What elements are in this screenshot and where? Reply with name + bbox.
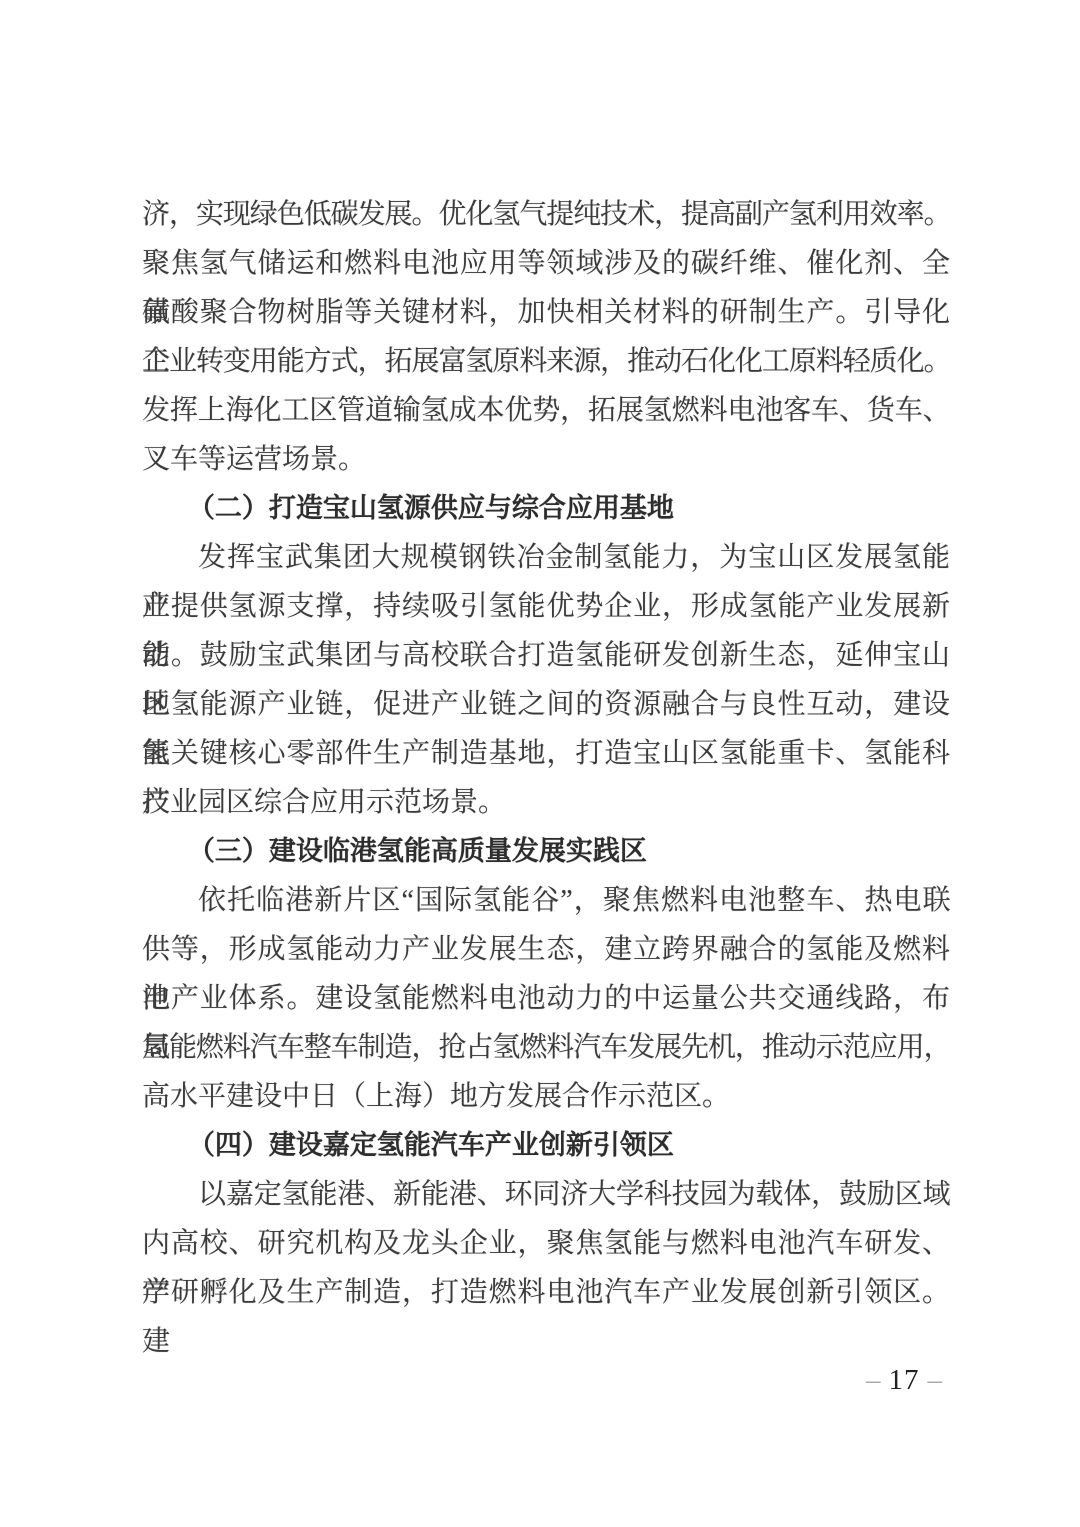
body-text-line: 能关键核心零部件生产制造基地，打造宝山区氢能重卡、氢能科技 [142,729,950,778]
body-text-line: 聚焦氢气储运和燃料电池应用等领域涉及的碳纤维、催化剂、全氟 [142,239,950,288]
body-text-line: 企业转变用能方式，拓展富氢原料来源，推动石化化工原料轻质化。 [142,337,950,386]
document-page: 济，实现绿色低碳发展。优化氢气提纯技术，提高副产氢利用效率。 聚焦氢气储运和燃料… [0,0,1080,1527]
body-text-line: 产业园区综合应用示范场景。 [142,778,950,827]
body-text-line: 学研孵化及生产制造，打造燃料电池汽车产业发展创新引领区。建 [142,1268,950,1317]
body-text-line: 济，实现绿色低碳发展。优化氢气提纯技术，提高副产氢利用效率。 [142,190,950,239]
body-text-line: 氢能燃料汽车整车制造，抢占氢燃料汽车发展先机，推动示范应用， [142,1023,950,1072]
body-text-line: 供等，形成氢能动力产业发展生态，建立跨界融合的氢能及燃料电 [142,925,950,974]
body-text-line: 以嘉定氢能港、新能港、环同济大学科技园为载体，鼓励区域 [142,1170,950,1219]
body-text-line: 业提供氢源支撑，持续吸引氢能优势企业，形成氢能产业发展新动 [142,582,950,631]
body-text-line: 高水平建设中日（上海）地方发展合作示范区。 [142,1072,950,1121]
section-heading-3: （三）建设临港氢能高质量发展实践区 [142,827,950,876]
body-text-line: 依托临港新片区“国际氢能谷”，聚焦燃料电池整车、热电联 [142,876,950,925]
page-number-value: 17 [889,1364,920,1396]
body-text-line: 池产业体系。建设氢能燃料电池动力的中运量公共交通线路，布局 [142,974,950,1023]
body-text-line: 区氢能源产业链，促进产业链之间的资源融合与良性互动，建设氢 [142,680,950,729]
page-number-dash-right: – [928,1364,943,1396]
body-text-line: 叉车等运营场景。 [142,435,950,484]
page-number: –17– [858,1360,950,1400]
body-text-line: 内高校、研究机构及龙头企业，聚焦氢能与燃料电池汽车研发、产 [142,1219,950,1268]
page-number-dash-left: – [866,1364,881,1396]
body-text-line: 磺酸聚合物树脂等关键材料，加快相关材料的研制生产。引导化工 [142,288,950,337]
document-body: 济，实现绿色低碳发展。优化氢气提纯技术，提高副产氢利用效率。 聚焦氢气储运和燃料… [142,190,950,1317]
body-text-line: 发挥宝武集团大规模钢铁冶金制氢能力，为宝山区发展氢能产 [142,533,950,582]
body-text-line: 能。鼓励宝武集团与高校联合打造氢能研发创新生态，延伸宝山地 [142,631,950,680]
section-heading-2: （二）打造宝山氢源供应与综合应用基地 [142,484,950,533]
body-text-line: 发挥上海化工区管道输氢成本优势，拓展氢燃料电池客车、货车、 [142,386,950,435]
section-heading-4: （四）建设嘉定氢能汽车产业创新引领区 [142,1121,950,1170]
